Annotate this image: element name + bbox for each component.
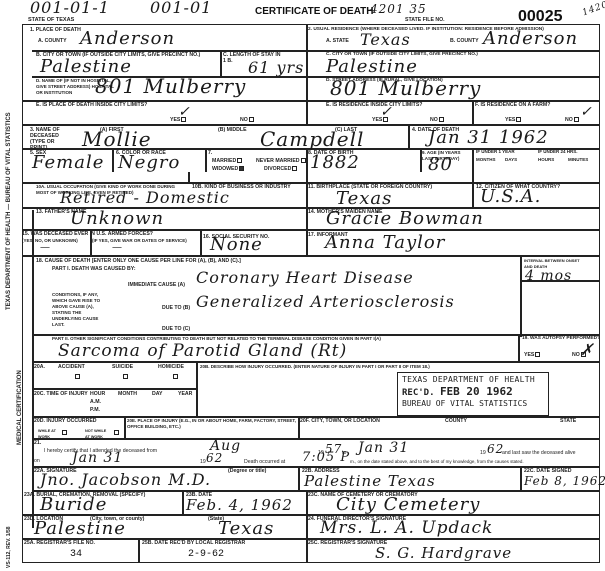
father-value: Unknown [70, 208, 164, 229]
file-no-handwritten: 4201 35 [370, 2, 427, 16]
time-of-death-value: 7:05 P [302, 450, 350, 465]
conditions-label: Conditions, if any, which gave rise to a… [52, 292, 102, 328]
ssn-value: None [210, 234, 263, 255]
birthplace-value: Texas [336, 188, 392, 209]
check-mark-icon: ✓ [380, 104, 393, 120]
stamp-line-3: BUREAU OF VITAL STATISTICS [402, 399, 544, 408]
hour-label: Hour [90, 391, 105, 397]
physician-signature: Jno. Jacobson M.D. [40, 470, 211, 489]
armed-value2: — [112, 242, 123, 253]
divider [138, 538, 140, 563]
check-mark-icon: ✓ [178, 104, 191, 120]
part2-value: Sarcoma of Parotid Gland (Rt) [58, 341, 347, 361]
due-to-b-value: Generalized Arteriosclerosis [196, 292, 455, 311]
top-number-mid: 001-01 [150, 0, 212, 17]
day-label: Day [152, 391, 162, 397]
last-saw-text: and last saw the deceased alive [502, 450, 576, 456]
res-state-label: a. STATE [326, 38, 349, 44]
suicide-checkbox[interactable] [123, 374, 128, 379]
time-of-injury-label: 20c. TIME OF INJURY [34, 391, 88, 397]
divider [472, 148, 474, 207]
to-year-prefix: 19 [480, 450, 486, 456]
while-at-work-checkbox[interactable] [62, 430, 67, 435]
not-at-work-checkbox[interactable] [114, 430, 119, 435]
cemetery-value: City Cemetery [336, 494, 480, 515]
res-county-value: Anderson [483, 28, 578, 49]
immediate-cause-label: IMMEDIATE CAUSE (a) [128, 282, 185, 288]
department-side-label: TEXAS DEPARTMENT OF HEALTH — BUREAU OF V… [6, 112, 12, 310]
res-inside-limits-label: e. IS RESIDENCE INSIDE CITY LIMITS? [326, 102, 422, 108]
divider [32, 361, 600, 363]
divider [408, 124, 410, 148]
informant-value: Anna Taylor [325, 232, 445, 253]
interval-value: 4 mos [525, 268, 572, 284]
autopsy-yes[interactable]: YES [524, 352, 540, 358]
on-label: on [34, 458, 40, 464]
pm-label: p.m. [90, 407, 100, 413]
physician-address-value: Palestine Texas [304, 472, 436, 490]
divider [182, 490, 184, 514]
mother-value: Gracie Bowman [326, 208, 484, 229]
res-city-value: Palestine [326, 56, 418, 77]
marital-widowed[interactable]: Widowed [212, 166, 244, 172]
cause-label: 18. CAUSE OF DEATH [Enter only one cause… [36, 258, 241, 264]
armed-value1: — [40, 242, 51, 253]
year-label: Year [178, 391, 192, 397]
burial-date-value: Feb. 4, 1962 [186, 496, 293, 514]
divider [188, 172, 190, 182]
minutes-label: Minutes [568, 157, 588, 163]
divider [472, 100, 474, 124]
divider [200, 229, 202, 255]
industry-label: 10b. KIND OF BUSINESS OR INDUSTRY [192, 184, 291, 190]
divider [520, 255, 522, 337]
injury-20a-label: 20a. [34, 364, 45, 370]
due-to-c-label: DUE TO (c) [162, 326, 190, 332]
divider [32, 388, 196, 390]
received-stamp: TEXAS DEPARTMENT OF HEALTH REC'D. FEB 20… [397, 372, 549, 416]
homicide-checkbox[interactable] [173, 374, 178, 379]
divider [220, 50, 222, 76]
date-recd-value: 2-9-62 [188, 549, 224, 560]
while-at-work-label: WHILE AT WORK [38, 428, 58, 440]
stamp-line-2: REC'D. FEB 20 1962 [402, 385, 544, 398]
check-mark-icon: ✓ [580, 104, 593, 120]
first-name-value: Mollie [82, 127, 152, 151]
attended-to-value: Jan 31 [358, 440, 409, 456]
top-number-left: 001-01-1 [30, 0, 110, 17]
corner-mark: 1420 [581, 0, 605, 18]
injury-county-label: COUNTY [445, 418, 467, 424]
armed-forces-label: 15. WAS DECEASED EVER IN U.S. ARMED FORC… [22, 231, 153, 237]
degree-label: (Degree or title) [228, 468, 266, 474]
middle-name-label: (b) Middle [218, 127, 247, 133]
burial-location-value: Palestine [34, 518, 126, 539]
days-label: Days [505, 157, 517, 163]
sex-value: Female [32, 152, 104, 173]
divider [196, 361, 198, 416]
place-of-death-label: 1. PLACE OF DEATH [30, 27, 81, 33]
death-county-value: Anderson [80, 28, 175, 49]
divider [112, 148, 114, 172]
part1-label: PART I. DEATH WAS CAUSED BY: [52, 266, 136, 272]
divider [22, 124, 600, 126]
registrar-signature: S. G. Hardgrave [375, 544, 512, 562]
farm-label: f. IS RESIDENCE ON A FARM? [475, 102, 550, 108]
immediate-cause-value: Coronary Heart Disease [196, 268, 414, 287]
divider [518, 334, 520, 361]
race-value: Negro [118, 152, 180, 173]
divider [205, 148, 207, 172]
state-file-label: STATE FILE NO. [405, 17, 445, 23]
divider [22, 255, 600, 257]
res-state-value: Texas [360, 30, 411, 49]
armed-sub2: (If yes, give war or dates of service) [92, 238, 187, 244]
date-recd-label: 25b. DATE REC'D BY LOCAL REGISTRAR [142, 540, 245, 546]
accident-label: ACCIDENT [58, 364, 85, 370]
certify-text-3: m., on the date stated above, and to the… [350, 459, 524, 465]
farm-no[interactable]: NO [565, 117, 579, 123]
county-label: a. COUNTY [38, 38, 67, 44]
registrar-file-value: 34 [70, 549, 82, 560]
divider [32, 438, 600, 440]
farm-yes[interactable]: YES [505, 117, 521, 123]
injury-city-label: 20f. CITY, TOWN, OR LOCATION [300, 418, 380, 424]
marital-label: 7. [208, 150, 212, 156]
injury-state-label: STATE [560, 418, 576, 424]
disposition-value: Buride [40, 494, 107, 515]
divider [124, 416, 126, 438]
x-mark-icon: ✗ [580, 340, 594, 359]
injury-occurred-label: 20d. INJURY OCCURRED [34, 418, 97, 424]
describe-injury-label: 20b. DESCRIBE HOW INJURY OCCURRED. (Ente… [200, 364, 430, 370]
last-saw-date-value: Jan 31 [72, 450, 123, 466]
on-year-value: 62 [206, 451, 223, 465]
certificate-title: CERTIFICATE OF DEATH [255, 6, 374, 17]
under-24-hrs-label: IF UNDER 24 HRS. [538, 149, 578, 155]
name-label: 3. NAME OF DECEASED (Type or print) [30, 127, 70, 151]
registrar-file-label: 25a. REGISTRAR'S FILE NO. [24, 540, 95, 546]
marital-never-married[interactable]: Never Married [256, 158, 306, 164]
hospital-value: 801 Mulberry [95, 74, 246, 98]
res-inside-no[interactable]: NO [430, 117, 444, 123]
divider [306, 148, 308, 255]
not-while-at-work-label: NOT WHILE AT WORK [85, 428, 107, 440]
place-of-injury-label: 20e. PLACE OF INJURY (e.g., in or about … [127, 418, 297, 430]
funeral-director-signature: Mrs. L. A. Updack [320, 518, 493, 538]
age-value: 80 [428, 154, 453, 175]
certification-label: 21. [34, 440, 41, 446]
form-number-label: VS-112, REV. 1/58 [6, 526, 12, 568]
marital-divorced[interactable]: Divorced [264, 166, 297, 172]
death-occurred-label: Death occurred at [244, 459, 285, 465]
stay-value: 61 yrs [248, 58, 304, 77]
divider [306, 490, 308, 563]
last-name-value: Campdell [260, 127, 364, 151]
occupation-value: Retired - Domestic [60, 188, 230, 207]
divider [520, 466, 522, 490]
citizen-value: U.S.A. [480, 186, 541, 207]
res-street-value: 801 Mulberry [330, 76, 481, 100]
marital-married[interactable]: Married [212, 158, 242, 164]
inside-limits-no[interactable]: NO [240, 117, 254, 123]
months-label: Months [476, 157, 496, 163]
hours-label: Hours [538, 157, 554, 163]
on-year-prefix: 19 [200, 459, 206, 465]
dob-value: 1882 [310, 152, 360, 173]
under-1-year-label: IF UNDER 1 YEAR [476, 149, 515, 155]
am-label: a.m. [90, 399, 101, 405]
divider [298, 466, 300, 490]
stamp-line-1: TEXAS DEPARTMENT OF HEALTH [402, 375, 544, 384]
suicide-label: SUICIDE [112, 364, 133, 370]
state-label: STATE OF TEXAS [28, 17, 74, 23]
due-to-b-label: DUE TO (b) [162, 305, 190, 311]
res-county-label: b. COUNTY [450, 38, 479, 44]
burial-state-value: Texas [218, 518, 274, 539]
inside-limits-label: e. IS PLACE OF DEATH INSIDE CITY LIMITS? [36, 102, 147, 108]
accident-checkbox[interactable] [75, 374, 80, 379]
divider [306, 24, 308, 124]
homicide-label: HOMICIDE [158, 364, 184, 370]
month-label: Month [118, 391, 137, 397]
date-of-death-value: Jan 31 1962 [428, 127, 549, 148]
date-signed-value: Feb 8, 1962 [524, 474, 605, 488]
